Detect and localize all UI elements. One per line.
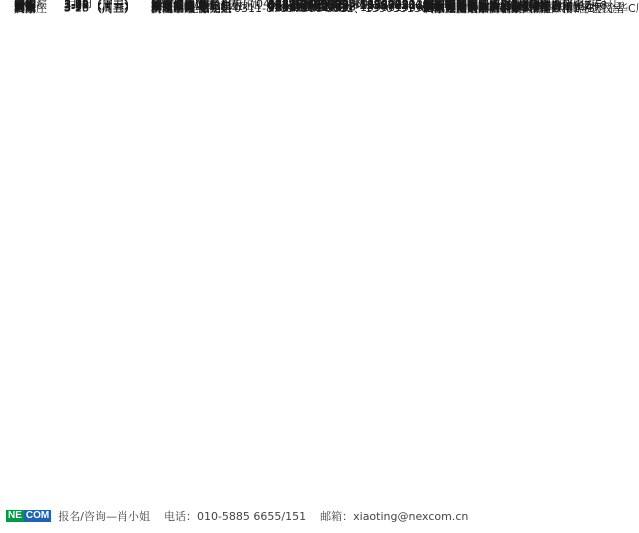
contact-phone: 电话：010-5885 6655/151: [164, 508, 306, 524]
cell-contact: 天津中环 宋先生: [151, 0, 232, 16]
table-body: 哈尔滨3-5（周一）哈尔滨工大电子唐小姐0451-86402297/864121…: [0, 2, 633, 8]
contact-person: 报名/咨询—肖小姐: [58, 508, 150, 524]
footer: NECOM 报名/咨询—肖小姐 电话：010-5885 6655/151 邮箱：…: [6, 506, 468, 526]
logo-com: COM: [24, 510, 51, 522]
contact-email[interactable]: 邮箱：xiaoting@nexcom.cn: [320, 508, 468, 524]
logo-ne: NE: [6, 510, 24, 522]
cell-address: 天津金泽大酒店6楼多功能1厅: [423, 0, 569, 16]
cell-city: 天津: [14, 0, 36, 16]
cell-weekday: （周五）: [91, 0, 135, 16]
nexcom-logo: NECOM: [6, 510, 51, 522]
cell-date: 3-23: [64, 2, 89, 15]
schedule-table: 城市 日期 报名信息 具体地址 哈尔滨3-5（周一）哈尔滨工大电子唐小姐0451…: [0, 2, 633, 8]
cell-phone: 13821539638: [268, 2, 345, 15]
